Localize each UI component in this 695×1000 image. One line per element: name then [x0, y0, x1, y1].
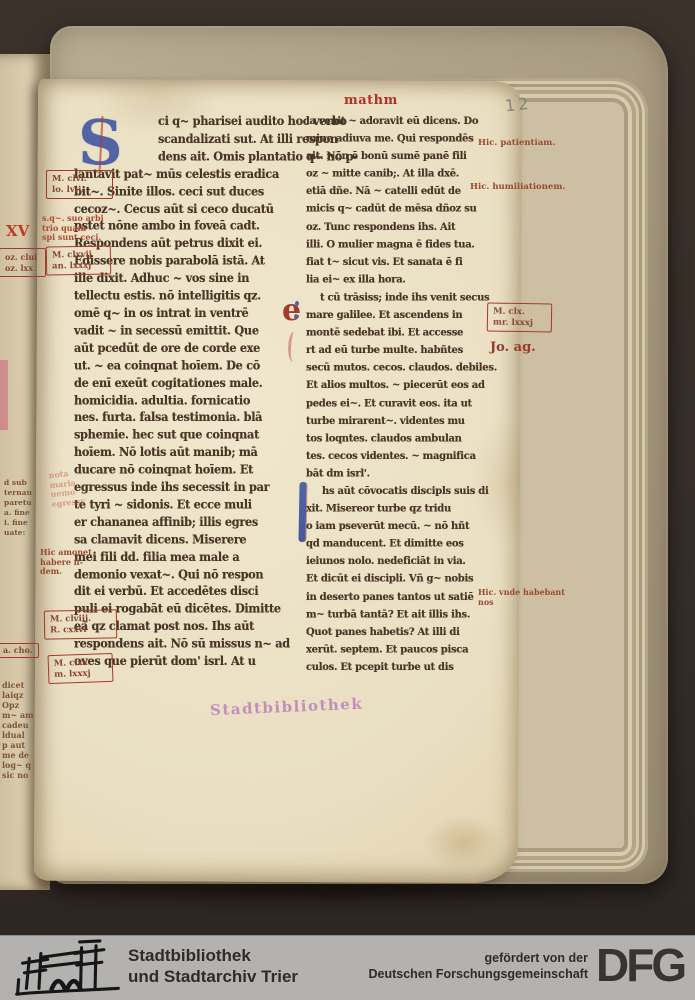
- library-name-line1: Stadtbibliothek: [128, 945, 298, 966]
- manuscript-line: vadit ~ in secessū emittit. Que: [74, 322, 314, 339]
- margin-note: Hic. vnde habebant nos: [478, 588, 566, 607]
- manuscript-line: ait. Non ē bonū sumē panē fili: [306, 148, 488, 166]
- manuscript-line: aūt pcedūt de ore de corde exe: [74, 339, 314, 356]
- manuscript-line: hs aūt cōvocatis discipls suis di: [306, 483, 488, 501]
- manuscript-line: hoīem. Nō lotis aūt manib; mā: [74, 444, 314, 461]
- rubricated-initial-e: e: [282, 296, 301, 326]
- manuscript-line: montē sedebat ibi. Et accesse: [306, 324, 488, 342]
- manuscript-line: de enī exeūt cogitationes male.: [74, 374, 314, 391]
- prev-page-reference-box: oz. clui oz. lxx: [0, 248, 46, 277]
- manuscript-line: qd manducent. Et dimitte eos: [306, 535, 488, 553]
- margin-reference-box: M. clx. mr. lxxxj: [487, 302, 552, 332]
- manuscript-line: ducare nō coinqnat hoīem. Et: [74, 461, 314, 478]
- manuscript-line: tellectu estis. nō intelligitis qz.: [74, 287, 314, 304]
- manuscript-line: xit. Misereor turbe qz tridu: [306, 500, 488, 518]
- manuscript-line: fiat t~ sicut vis. Et sanata ē fi: [306, 254, 488, 272]
- funding-credit: gefördert von der Deutschen Forschungsge…: [330, 950, 588, 982]
- manuscript-line: ieiunos nolo. nedeficiāt in via.: [306, 553, 488, 571]
- library-name-line2: und Stadtarchiv Trier: [128, 966, 298, 987]
- manuscript-line: culos. Et pcepit turbe ut dis: [306, 659, 488, 677]
- manuscript-line: Quot panes habetis? At illi di: [306, 623, 488, 641]
- digitized-manuscript-photo: XV oz. clui oz. lxx d sub ternau paretu …: [0, 0, 695, 1000]
- manuscript-line: t cū trāsiss; inde ihs venit secus: [306, 289, 488, 307]
- manuscript-line: ut. ~ ea coinqnat hoīem. De cō: [74, 357, 314, 374]
- text-column-right: la venit ~ adoravit eū dicens. Domine ad…: [306, 113, 488, 676]
- margin-reference-box: M. clxx m. lxxxj: [48, 653, 114, 684]
- library-name: Stadtbibliothek und Stadtarchiv Trier: [128, 945, 298, 987]
- manuscript-line: mine adiuva me. Qui respondēs: [306, 130, 488, 148]
- margin-note: s.q~. suo arbi trio quam spi sunt ceci.: [42, 214, 104, 243]
- manuscript-line: demonio vexat~. Qui nō respon: [74, 566, 314, 583]
- manuscript-line: turbe mirarent~. videntes mu: [306, 412, 488, 430]
- prev-page-initial-streak: [0, 360, 8, 430]
- manuscript-line: er chananea affinib; illis egres: [74, 513, 314, 530]
- manuscript-line: dit ei verbū. Et accedētes disci: [74, 583, 314, 600]
- prev-page-roman-numeral: XV: [6, 226, 29, 236]
- funding-line1: gefördert von der: [330, 950, 588, 966]
- manuscript-line: m~ turbā tantā? Et ait illis ihs.: [306, 606, 488, 624]
- manuscript-line: cecoz~. Cecus aūt si ceco ducatū: [74, 200, 314, 217]
- manuscript-line: secū mutos. cecos. claudos. debiles.: [306, 359, 488, 377]
- manuscript-line: pstet nōne ambo in foveā cadt.: [74, 217, 314, 234]
- funding-line2: Deutschen Forschungsgemeinschaft: [330, 966, 588, 982]
- manuscript-line: in deserto panes tantos ut satiē: [306, 588, 488, 606]
- manuscript-line: etiā dñe. Nā ~ catelli edūt de: [306, 183, 488, 201]
- manuscript-line: illi. O mulier magna ē fides tua.: [306, 236, 488, 254]
- margin-reference-box: M. clviij. R. cxxvi: [44, 609, 117, 639]
- manuscript-line: tos loqntes. claudos ambulan: [306, 430, 488, 448]
- initial-blue-dot: [294, 314, 298, 319]
- manuscript-line: dens ait. Omis plantatio q~ nō p-: [74, 148, 314, 165]
- manuscript-line: bāt dm isrl'.: [306, 465, 488, 483]
- manuscript-line: sa clamavit dicens. Miserere: [74, 531, 314, 548]
- manuscript-line: Et alios multos. ~ piecerūt eos ad: [306, 377, 488, 395]
- manuscript-line: oz ~ mitte canib;. At illa dxē.: [306, 166, 488, 184]
- prev-page-reference-box: a. cho.: [0, 643, 39, 658]
- prev-page-text-fragment: dicet laiqz Opz m~ am cadeu ldual p aut …: [2, 680, 34, 780]
- manuscript-line: micis q~ cadūt de mēsa dñoz su: [306, 201, 488, 219]
- margin-note: Jo. ag.: [490, 341, 544, 355]
- manuscript-line: xerūt. septem. Et paucos pisca: [306, 641, 488, 659]
- library-logo-icon: [12, 939, 124, 999]
- manuscript-line: mei fili dd. filia mea male a: [74, 548, 314, 565]
- manuscript-line: homicidia. adultia. fornicatio: [74, 392, 314, 409]
- initial-blue-dot: [295, 301, 299, 306]
- manuscript-line: scandalizati sut. At illi respon: [74, 130, 314, 147]
- margin-note: Hic amonet habere fi- dem.: [40, 548, 110, 577]
- manuscript-line: omē q~ in os intrat in ventrē: [74, 304, 314, 321]
- margin-reference-box: M. clxvij an. lxxxj: [46, 245, 111, 275]
- manuscript-line: sphemie. hec sut que coinqnat: [74, 426, 314, 443]
- manuscript-line: ci q~ pharisei audito hoc verbo: [74, 113, 314, 130]
- manuscript-line: oz. Tunc respondens ihs. Ait: [306, 218, 488, 236]
- manuscript-line: rt ad eū turbe multe. habñtes: [306, 342, 488, 360]
- folio-number-pencil: 12: [504, 94, 532, 116]
- running-title: mathm: [344, 93, 398, 108]
- dfg-logo: DFG: [596, 938, 684, 992]
- manuscript-line: nes. furta. falsa testimonia. blā: [74, 409, 314, 426]
- margin-note: Hic. patientiam.: [478, 139, 570, 149]
- manuscript-line: lia ei~ ex illa hora.: [306, 271, 488, 289]
- margin-note: Hic. humiliationem.: [470, 183, 578, 193]
- manuscript-line: pedes ei~. Et curavit eos. ita ut: [306, 395, 488, 413]
- margin-scribble: nota maria uemo egressy: [48, 465, 112, 509]
- margin-reference-box: M. clvi. lo. lvij.: [46, 170, 113, 199]
- manuscript-line: tes. cecos videntes. ~ magnifica: [306, 447, 488, 465]
- manuscript-line: Et dicūt ei discipli. Vñ g~ nobis: [306, 571, 488, 589]
- manuscript-line: mare galilee. Et ascendens in: [306, 306, 488, 324]
- manuscript-line: la venit ~ adoravit eū dicens. Do: [306, 113, 488, 131]
- manuscript-line: o iam pseverūt mecū. ~ nō hñt: [306, 518, 488, 536]
- footer-banner: Stadtbibliothek und Stadtarchiv Trier ge…: [0, 935, 695, 1000]
- prev-page-text-fragment: d sub ternau paretu a. fine i. fine uate…: [4, 478, 32, 538]
